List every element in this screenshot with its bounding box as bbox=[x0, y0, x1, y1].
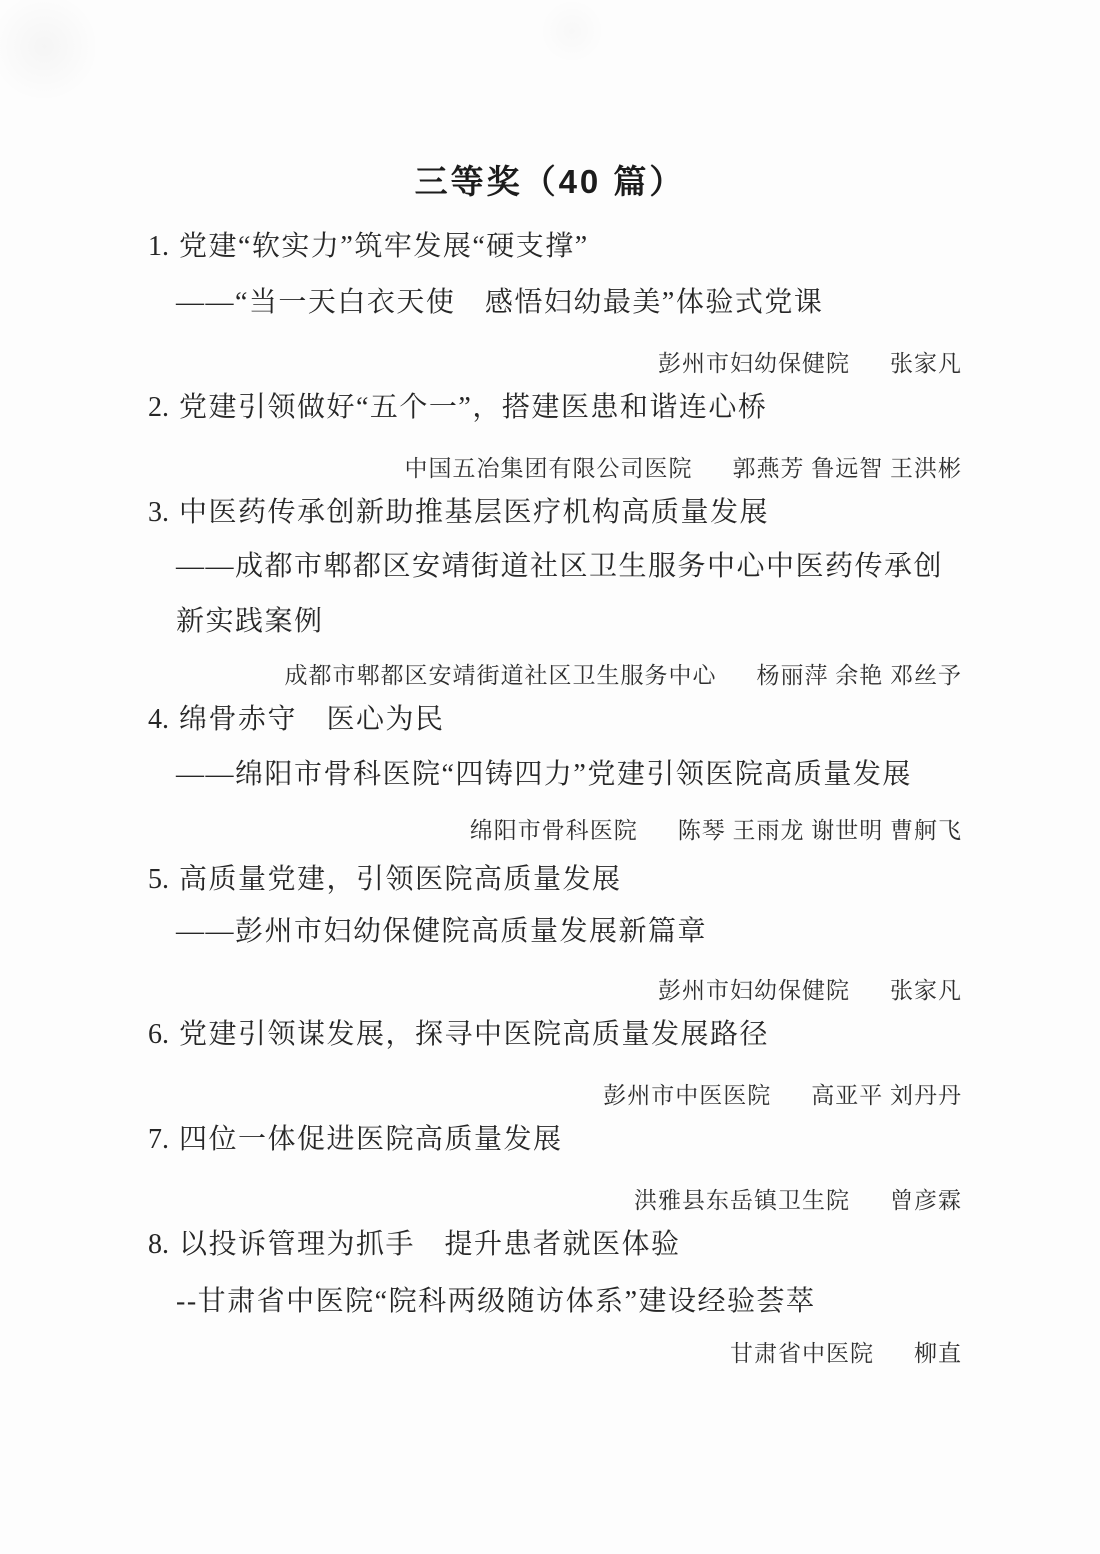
item-2-institution: 中国五冶集团有限公司医院 bbox=[405, 456, 693, 481]
item-1-attribution: 彭州市妇幼保健院张家凡 bbox=[658, 346, 962, 382]
item-1-authors: 张家凡 bbox=[890, 351, 962, 376]
item-5-institution: 彭州市妇幼保健院 bbox=[658, 978, 850, 1003]
item-7-institution: 洪雅县东岳镇卫生院 bbox=[634, 1188, 850, 1213]
item-2-number: 2. bbox=[148, 387, 179, 429]
item-4-number: 4. bbox=[148, 699, 179, 741]
item-3-institution: 成都市郫都区安靖街道社区卫生服务中心 bbox=[285, 663, 717, 688]
item-2-title-line: 2.党建引领做好“五个一”，搭建医患和谐连心桥 bbox=[148, 387, 767, 429]
item-6-attribution: 彭州市中医医院高亚平 刘丹丹 bbox=[603, 1078, 962, 1114]
item-8-institution: 甘肃省中医院 bbox=[730, 1341, 874, 1366]
item-8-number: 8. bbox=[148, 1224, 179, 1266]
item-4-institution: 绵阳市骨科医院 bbox=[470, 818, 638, 843]
item-7-authors: 曾彦霖 bbox=[890, 1188, 962, 1213]
item-3-subtitle-line: ——成都市郫都区安靖街道社区卫生服务中心中医药传承创 bbox=[176, 546, 943, 588]
item-5-authors: 张家凡 bbox=[890, 978, 962, 1003]
item-4-subtitle-line: ——绵阳市骨科医院“四铸四力”党建引领医院高质量发展 bbox=[176, 754, 912, 796]
item-6-institution: 彭州市中医医院 bbox=[603, 1083, 771, 1108]
item-3-subtitle-wrap-line: 新实践案例 bbox=[176, 601, 324, 643]
item-5-number: 5. bbox=[148, 859, 179, 901]
item-8-title-line: 8.以投诉管理为抓手 提升患者就医体验 bbox=[148, 1224, 681, 1266]
item-7-attribution: 洪雅县东岳镇卫生院曾彦霖 bbox=[634, 1183, 962, 1219]
item-3-number: 3. bbox=[148, 492, 179, 534]
item-1-subtitle-line: ——“当一天白衣天使 感悟妇幼最美”体验式党课 bbox=[176, 282, 823, 324]
item-5-title-text: 高质量党建，引领医院高质量发展 bbox=[179, 864, 622, 895]
document-page: 三等奖（40 篇） 1.党建“软实力”筑牢发展“硬支撑” ——“当一天白衣天使 … bbox=[0, 0, 1100, 1554]
item-3-attribution: 成都市郫都区安靖街道社区卫生服务中心杨丽萍 余艳 邓丝予 bbox=[285, 658, 963, 694]
item-4-attribution: 绵阳市骨科医院陈琴 王雨龙 谢世明 曹舸飞 bbox=[470, 813, 962, 849]
item-4-title-line: 4.绵骨赤守 医心为民 bbox=[148, 699, 445, 741]
item-5-title-line: 5.高质量党建，引领医院高质量发展 bbox=[148, 859, 622, 901]
item-3-title-line: 3.中医药传承创新助推基层医疗机构高质量发展 bbox=[148, 492, 769, 534]
item-2-attribution: 中国五冶集团有限公司医院郭燕芳 鲁远智 王洪彬 bbox=[405, 451, 963, 487]
page-title: 三等奖（40 篇） bbox=[0, 156, 1100, 203]
item-1-institution: 彭州市妇幼保健院 bbox=[658, 351, 850, 376]
item-1-title-line: 1.党建“软实力”筑牢发展“硬支撑” bbox=[148, 226, 589, 268]
item-2-title-text: 党建引领做好“五个一”，搭建医患和谐连心桥 bbox=[179, 392, 767, 423]
item-7-number: 7. bbox=[148, 1119, 179, 1161]
item-8-authors: 柳直 bbox=[914, 1341, 962, 1366]
item-4-authors: 陈琴 王雨龙 谢世明 曹舸飞 bbox=[678, 818, 962, 843]
item-7-title-text: 四位一体促进医院高质量发展 bbox=[179, 1124, 563, 1155]
item-3-title-text: 中医药传承创新助推基层医疗机构高质量发展 bbox=[179, 497, 769, 528]
item-8-title-text: 以投诉管理为抓手 提升患者就医体验 bbox=[179, 1229, 681, 1260]
item-4-title-text: 绵骨赤守 医心为民 bbox=[179, 704, 445, 735]
item-6-title-text: 党建引领谋发展，探寻中医院高质量发展路径 bbox=[179, 1019, 769, 1050]
item-2-authors: 郭燕芳 鲁远智 王洪彬 bbox=[733, 456, 963, 481]
item-1-title-text: 党建“软实力”筑牢发展“硬支撑” bbox=[179, 231, 589, 262]
item-1-number: 1. bbox=[148, 226, 179, 268]
item-8-attribution: 甘肃省中医院柳直 bbox=[730, 1336, 962, 1372]
item-5-attribution: 彭州市妇幼保健院张家凡 bbox=[658, 973, 962, 1009]
item-6-authors: 高亚平 刘丹丹 bbox=[811, 1083, 962, 1108]
item-8-subtitle-line: --甘肃省中医院“院科两级随访体系”建设经验荟萃 bbox=[176, 1281, 816, 1323]
item-6-number: 6. bbox=[148, 1014, 179, 1056]
item-7-title-line: 7.四位一体促进医院高质量发展 bbox=[148, 1119, 563, 1161]
item-6-title-line: 6.党建引领谋发展，探寻中医院高质量发展路径 bbox=[148, 1014, 769, 1056]
item-3-authors: 杨丽萍 余艳 邓丝予 bbox=[757, 663, 963, 688]
item-5-subtitle-line: ——彭州市妇幼保健院高质量发展新篇章 bbox=[176, 911, 707, 953]
